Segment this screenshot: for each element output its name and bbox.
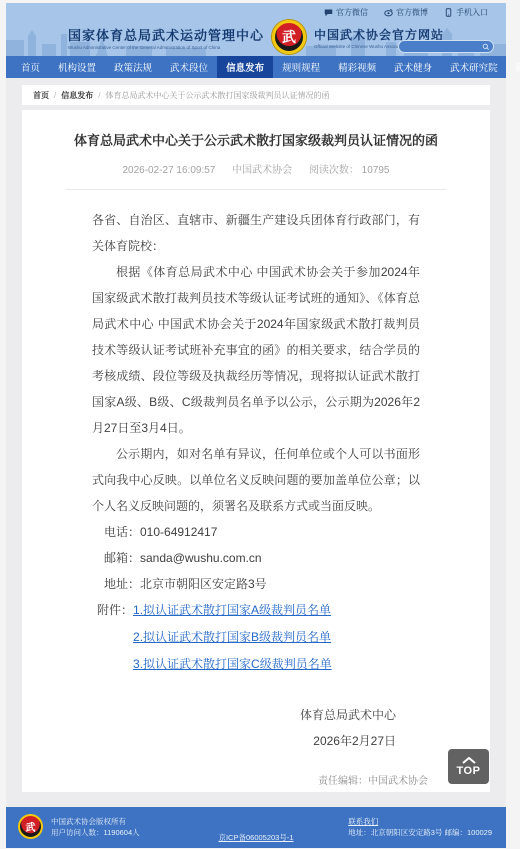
mobile-entry-label: 手机入口 bbox=[456, 7, 488, 18]
contact-email: 邮箱：sanda@wushu.com.cn bbox=[92, 545, 420, 571]
nav-item-duan-ranking[interactable]: 武术段位 bbox=[161, 56, 217, 78]
wechat-icon bbox=[324, 8, 333, 17]
paragraph-salutation: 各省、自治区、直辖市、新疆生产建设兵团体育行政部门，有关体育院校： bbox=[92, 207, 420, 259]
attachment-link-a-level[interactable]: 1.拟认证武术散打国家A级裁判员名单 bbox=[133, 597, 332, 624]
article-view-count: 阅读次数： 10795 bbox=[309, 165, 390, 176]
wushu-center-title: 国家体育总局武术运动管理中心 bbox=[68, 25, 264, 44]
topbar: 官方微信 官方微博 手机入口 bbox=[6, 3, 506, 18]
footer-contact-link[interactable]: 联系我们 bbox=[348, 817, 378, 826]
official-weibo-label: 官方微博 bbox=[396, 7, 428, 18]
paragraph-announcement: 根据《体育总局武术中心 中国武术协会关于参加2024年国家级武术散打裁判员技术等… bbox=[92, 259, 420, 441]
meta-divider bbox=[66, 189, 446, 190]
attachment-links: 1.拟认证武术散打国家A级裁判员名单 2.拟认证武术散打国家B级裁判员名单 3.… bbox=[133, 597, 332, 678]
main-nav: 首页 机构设置 政策法规 武术段位 信息发布 规则规程 精彩视频 武术健身 武术… bbox=[6, 56, 506, 78]
mobile-entry-link[interactable]: 手机入口 bbox=[444, 7, 488, 18]
wushu-association-logo: 武 bbox=[272, 20, 306, 54]
search-input[interactable] bbox=[398, 40, 494, 53]
attachment-link-b-level[interactable]: 2.拟认证武术散打国家B级裁判员名单 bbox=[133, 624, 332, 651]
contact-address: 地址：北京市朝阳区安定路3号 bbox=[92, 571, 420, 597]
nav-item-contact[interactable]: 联系我们 bbox=[507, 56, 520, 78]
signature-date: 2026年2月27日 bbox=[92, 728, 420, 754]
article-source: 中国武术协会 bbox=[232, 165, 292, 176]
nav-item-rules[interactable]: 规则规程 bbox=[273, 56, 329, 78]
site-footer: 武 中国武术协会版权所有 用户访问人数：1190604人 联系我们 地址：北京朝… bbox=[6, 807, 506, 848]
nav-item-organization[interactable]: 机构设置 bbox=[49, 56, 105, 78]
nav-item-news[interactable]: 信息发布 bbox=[217, 56, 273, 78]
back-to-top-button[interactable]: TOP bbox=[448, 749, 489, 784]
brand-left: 国家体育总局武术运动管理中心 Wushu Administrative Cent… bbox=[68, 25, 264, 50]
signature-org: 体育总局武术中心 bbox=[92, 702, 420, 728]
page-body: 首页 / 信息发布 / 体育总局武术中心关于公示武术散打国家级裁判员认证情况的函… bbox=[6, 78, 506, 802]
article-card: 体育总局武术中心关于公示武术散打国家级裁判员认证情况的函 2026-02-27 … bbox=[22, 110, 490, 792]
official-weibo-link[interactable]: 官方微博 bbox=[384, 7, 428, 18]
site-header: 官方微信 官方微博 手机入口 国家体育总局武术运动管理中心 Wushu Admi… bbox=[6, 3, 506, 56]
breadcrumb-home[interactable]: 首页 bbox=[33, 90, 49, 101]
nav-item-fitness[interactable]: 武术健身 bbox=[385, 56, 441, 78]
contact-phone: 电话：010-64912417 bbox=[92, 519, 420, 545]
weibo-icon bbox=[384, 8, 393, 17]
article-body: 各省、自治区、直辖市、新疆生产建设兵团体育行政部门，有关体育院校： 根据《体育总… bbox=[66, 207, 446, 754]
attachments: 附件： 1.拟认证武术散打国家A级裁判员名单 2.拟认证武术散打国家B级裁判员名… bbox=[92, 597, 420, 678]
official-wechat-link[interactable]: 官方微信 bbox=[324, 7, 368, 18]
breadcrumb-separator: / bbox=[98, 91, 100, 100]
nav-item-policies[interactable]: 政策法规 bbox=[105, 56, 161, 78]
attachment-link-c-level[interactable]: 3.拟认证武术散打国家C级裁判员名单 bbox=[133, 651, 332, 678]
wushu-center-subtitle: Wushu Administrative Center of the Gener… bbox=[68, 45, 264, 50]
breadcrumb-section[interactable]: 信息发布 bbox=[61, 90, 93, 101]
breadcrumb-separator: / bbox=[54, 91, 56, 100]
attachments-label: 附件： bbox=[97, 597, 133, 678]
nav-item-home[interactable]: 首页 bbox=[12, 56, 49, 78]
editor-credit: 责任编辑：中国武术协会 bbox=[66, 772, 446, 787]
icp-filing-link[interactable]: 京ICP备06005203号-1 bbox=[218, 833, 293, 842]
mobile-phone-icon bbox=[444, 8, 453, 17]
footer-copyright: 中国武术协会版权所有 bbox=[51, 816, 140, 827]
search-icon bbox=[482, 43, 490, 51]
official-wechat-label: 官方微信 bbox=[336, 7, 368, 18]
chevron-up-icon bbox=[462, 757, 476, 764]
logo-character: 武 bbox=[282, 27, 296, 47]
breadcrumb: 首页 / 信息发布 / 体育总局武术中心关于公示武术散打国家级裁判员认证情况的函 bbox=[22, 85, 490, 105]
back-to-top-label: TOP bbox=[457, 765, 481, 777]
paragraph-objection: 公示期内，如对名单有异议，任何单位或个人可以书面形式向我中心反映。以单位名义反映… bbox=[92, 441, 420, 519]
article-meta: 2026-02-27 16:09:57 中国武术协会 阅读次数： 10795 bbox=[66, 161, 446, 176]
article-title: 体育总局武术中心关于公示武术散打国家级裁判员认证情况的函 bbox=[66, 132, 446, 150]
nav-item-videos[interactable]: 精彩视频 bbox=[329, 56, 385, 78]
breadcrumb-current: 体育总局武术中心关于公示武术散打国家级裁判员认证情况的函 bbox=[105, 90, 329, 101]
site-container: 官方微信 官方微博 手机入口 国家体育总局武术运动管理中心 Wushu Admi… bbox=[6, 3, 506, 843]
article-date: 2026-02-27 16:09:57 bbox=[122, 165, 215, 176]
nav-item-research[interactable]: 武术研究院 bbox=[441, 56, 507, 78]
footer-icp-row: 京ICP备06005203号-1 bbox=[6, 832, 506, 843]
